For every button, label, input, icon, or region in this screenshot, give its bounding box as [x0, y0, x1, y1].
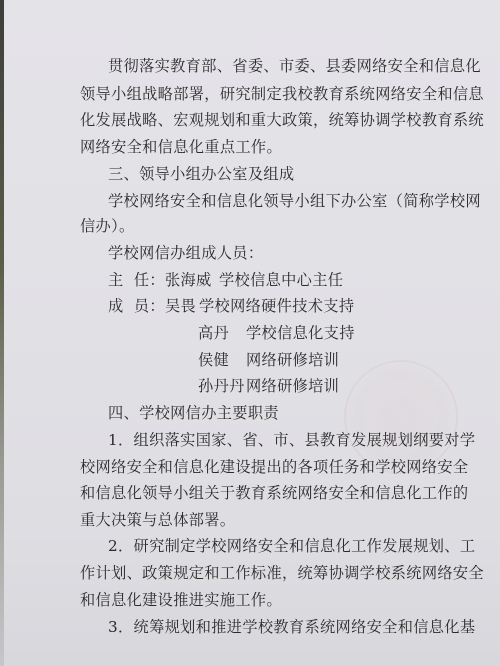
paragraph-line: 信办）。	[80, 216, 135, 236]
member-role: 学校信息化支持	[246, 323, 355, 343]
director-label: 主 任：	[108, 271, 165, 289]
member-name: 孙丹丹	[198, 376, 245, 396]
member-name: 吴畏	[165, 297, 196, 315]
paragraph-line: 网络安全和信息化重点工作。	[80, 137, 282, 157]
paragraph-line: 学校网络安全和信息化领导小组下办公室（简称学校网	[108, 191, 481, 211]
director-role: 学校信息中心主任	[219, 270, 343, 290]
section-heading: 三、领导小组办公室及组成	[108, 164, 294, 184]
list-item-line: 1．组织落实国家、省、市、县教育发展规划纲要对学	[108, 430, 475, 450]
list-item-line: 重大决策与总体部署。	[80, 510, 235, 530]
paragraph-line: 领导小组战略部署，研究制定我校教育系统网络安全和信息	[80, 84, 484, 104]
paragraph-line: 贯彻落实教育部、省委、市委、县委网络安全和信息化	[108, 56, 481, 76]
member-name: 侯健	[198, 350, 229, 370]
paragraph-line: 化发展战略、宏观规划和重大政策，统筹协调学校教育系统	[80, 110, 484, 130]
list-item-line: 作计划、政策规定和工作标准，统筹协调学校系统网络安全	[80, 563, 484, 583]
member-row: 成 员：吴畏学校网络硬件技术支持	[108, 296, 408, 316]
director-name: 张海威	[165, 271, 212, 289]
member-role: 学校网络硬件技术支持	[199, 296, 354, 316]
section-heading: 四、学校网信办主要职责	[108, 403, 279, 423]
list-item-line: 和信息化领导小组关于教育系统网络安全和信息化工作的	[80, 483, 468, 503]
list-item-line: 和信息化建设推进实施工作。	[80, 590, 282, 610]
list-item-line: 校网络安全和信息化建设提出的各项任务和学校网络安全	[80, 457, 468, 477]
members-label-short: 成 员：	[108, 297, 165, 315]
member-role: 网络研修培训	[246, 376, 339, 396]
member-name: 高丹	[198, 323, 229, 343]
list-item-line: 3．统筹规划和推进学校教育系统网络安全和信息化基	[108, 617, 475, 637]
director-row: 主 任：张海威学校信息中心主任	[108, 270, 408, 290]
member-role: 网络研修培训	[246, 350, 339, 370]
members-label: 学校网信办组成人员：	[108, 243, 263, 263]
list-item-line: 2．研究制定学校网络安全和信息化工作发展规划、工	[108, 536, 475, 556]
